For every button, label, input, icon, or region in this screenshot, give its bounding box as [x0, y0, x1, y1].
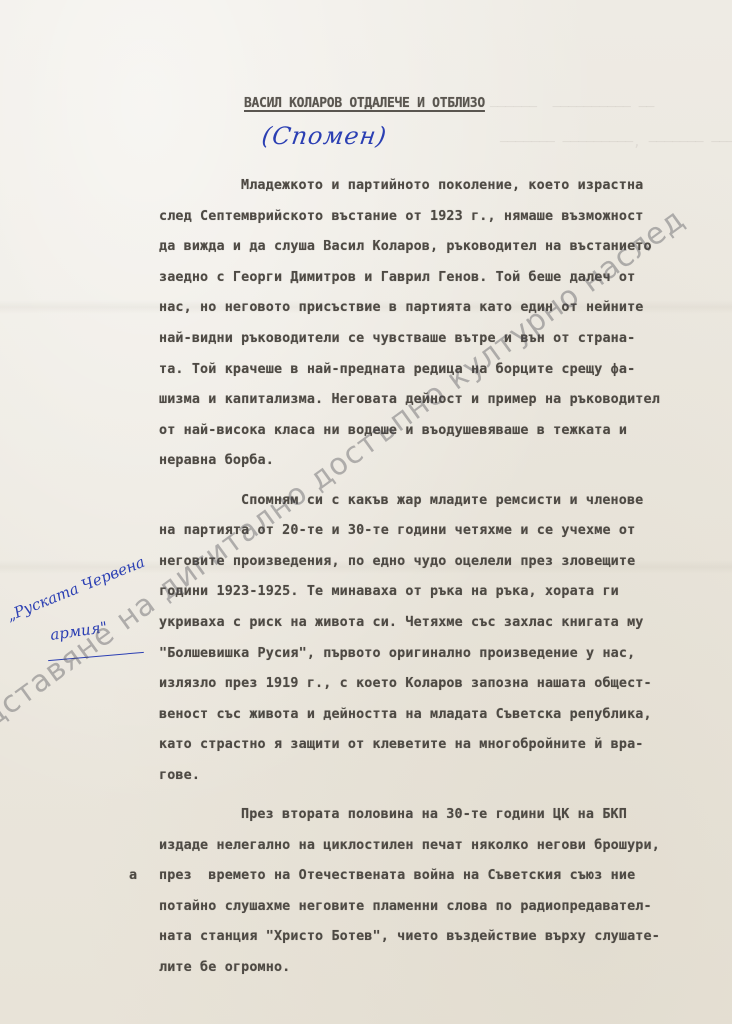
- text-line: веност със живота и дейността на младата…: [159, 707, 652, 722]
- handwritten-subtitle: (Спомен): [260, 122, 389, 150]
- text-line: през времето на Отечествената война на С…: [159, 868, 635, 883]
- text-line: неравна борба.: [159, 453, 274, 468]
- margin-prefix: а: [129, 868, 137, 883]
- text-line: най-видни ръководители се чувстваше вътр…: [159, 331, 635, 346]
- document-page: ────── ────────── ── ─────── ─────────, …: [0, 0, 732, 1024]
- show-through-text: ─────── ─────────, ─────── ────: [500, 135, 732, 150]
- text-line: излязло през 1919 г., с което Коларов за…: [159, 676, 652, 691]
- document-title: ВАСИЛ КОЛАРОВ ОТДАЛЕЧЕ И ОТБЛИЗО: [244, 96, 485, 111]
- show-through-text: ────── ────────── ──: [490, 100, 654, 115]
- text-line: години 1923-1925. Те минаваха от ръка на…: [159, 584, 619, 599]
- text-line: да вижда и да слуша Васил Коларов, ръков…: [159, 239, 652, 254]
- text-line: "Болшевишка Русия", първото оригинално п…: [159, 646, 635, 661]
- text-line: като страстно я защити от клеветите на м…: [159, 737, 644, 752]
- text-line: та. Той крачеше в най-предната редица на…: [159, 362, 635, 377]
- text-line: потайно слушахме неговите пламенни слова…: [159, 899, 652, 914]
- text-line: лите бе огромно.: [159, 960, 290, 975]
- text-line: Младежкото и партийното поколение, което…: [241, 178, 643, 193]
- text-line: ната станция "Христо Ботев", чието възде…: [159, 929, 660, 944]
- text-line: През втората половина на 30-те години ЦК…: [241, 807, 627, 822]
- text-line: гове.: [159, 768, 200, 783]
- text-line: след Септемврийското въстание от 1923 г.…: [159, 209, 644, 224]
- text-line: издаде нелегално на циклостилен печат ня…: [159, 838, 660, 853]
- text-line: укриваха с риск на живота си. Четяхме съ…: [159, 615, 644, 630]
